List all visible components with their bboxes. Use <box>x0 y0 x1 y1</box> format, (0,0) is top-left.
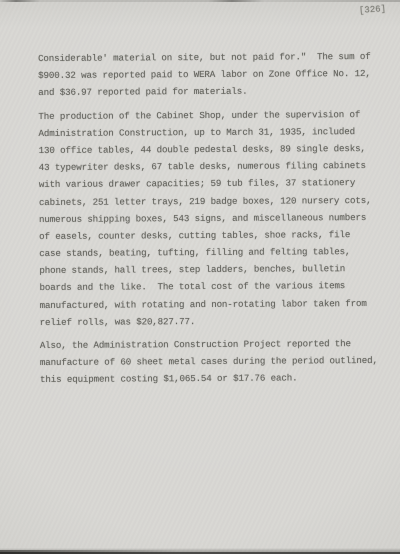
text-line: The production of the Cabinet Shop, unde… <box>38 105 376 124</box>
text-line: phone stands, hall trees, step ladders, … <box>39 260 377 279</box>
text-block: Considerable' material on site, but not … <box>38 48 378 395</box>
text-line: cabinets, 251 letter trays, 219 badge bo… <box>39 191 377 210</box>
text-line: Considerable' material on site, but not … <box>38 48 376 67</box>
text-line: numerous shipping boxes, 543 signs, and … <box>39 209 377 228</box>
paragraph: Considerable' material on site, but not … <box>38 48 376 102</box>
text-line: 43 typewriter desks, 67 table desks, num… <box>39 157 377 176</box>
text-line: 130 office tables, 44 double pedestal de… <box>39 140 377 159</box>
text-line: of easels, counter desks, cutting tables… <box>39 226 377 245</box>
text-line: manufacture of 60 sheet metal cases duri… <box>40 352 378 371</box>
text-line: this equipment costing $1,065.54 or $17.… <box>40 369 378 388</box>
page-number: [326] <box>359 4 387 16</box>
paragraph: Also, the Administration Construction Pr… <box>40 335 378 389</box>
scan-edge-top <box>0 0 400 2</box>
scan-edge-bottom <box>0 548 400 554</box>
scan-edge-bottom-shade <box>0 550 180 554</box>
paragraph: The production of the Cabinet Shop, unde… <box>38 105 377 330</box>
text-line: with various drawer capacities; 59 tub f… <box>39 174 377 193</box>
text-line: $900.32 was reported paid to WERA labor … <box>38 65 376 84</box>
text-line: relief rolls, was $20,827.77. <box>40 312 378 331</box>
text-line: and $36.97 reported paid for materials. <box>38 82 376 101</box>
document-page: [326] Considerable' material on site, bu… <box>0 0 400 554</box>
text-line: manufactured, with rotating and non-rota… <box>40 295 378 314</box>
text-line: case stands, beating, tufting, filling a… <box>39 243 377 262</box>
text-line: boards and the like. The total cost of t… <box>39 277 377 296</box>
text-line: Also, the Administration Construction Pr… <box>40 335 378 354</box>
text-line: Administration Construction, up to March… <box>38 123 376 142</box>
